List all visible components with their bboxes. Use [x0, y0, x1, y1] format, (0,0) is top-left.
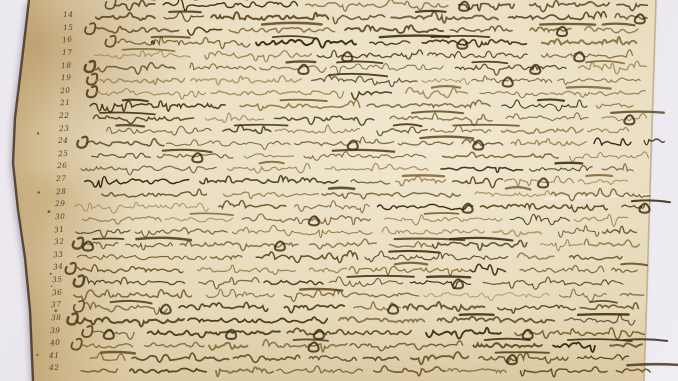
line-number: 28 — [56, 186, 67, 196]
line-number: 36 — [51, 287, 62, 296]
line-number: 17 — [62, 48, 72, 57]
line-number: 30 — [55, 212, 66, 222]
line-number: 32 — [54, 237, 65, 247]
line-number: 18 — [61, 60, 71, 69]
line-number: 31 — [54, 224, 65, 234]
line-number: 15 — [63, 22, 74, 31]
line-number: 33 — [53, 249, 64, 259]
line-number: 29 — [55, 199, 66, 208]
line-number: 42 — [48, 363, 59, 372]
line-number: 14 — [63, 10, 74, 19]
line-number: 34 — [52, 262, 63, 272]
line-number: 21 — [59, 98, 70, 108]
line-number: 23 — [58, 123, 69, 133]
line-number: 35 — [52, 275, 63, 285]
line-number: 19 — [61, 73, 71, 82]
line-number: 37 — [51, 300, 62, 310]
line-number: 39 — [50, 325, 60, 334]
line-number: 38 — [50, 313, 61, 322]
manuscript-photo: 1415161718192021222324252627282930313233… — [0, 0, 678, 381]
line-number: 41 — [49, 351, 59, 360]
line-number: 22 — [59, 111, 69, 120]
margin-line-numbers: 1415161718192021222324252627282930313233… — [0, 0, 678, 381]
line-number: 24 — [58, 136, 68, 145]
line-number: 27 — [56, 174, 67, 183]
line-number: 16 — [62, 35, 73, 45]
line-number: 25 — [57, 148, 68, 158]
line-number: 40 — [49, 338, 60, 348]
line-number: 20 — [60, 85, 71, 95]
line-number: 26 — [57, 161, 68, 170]
